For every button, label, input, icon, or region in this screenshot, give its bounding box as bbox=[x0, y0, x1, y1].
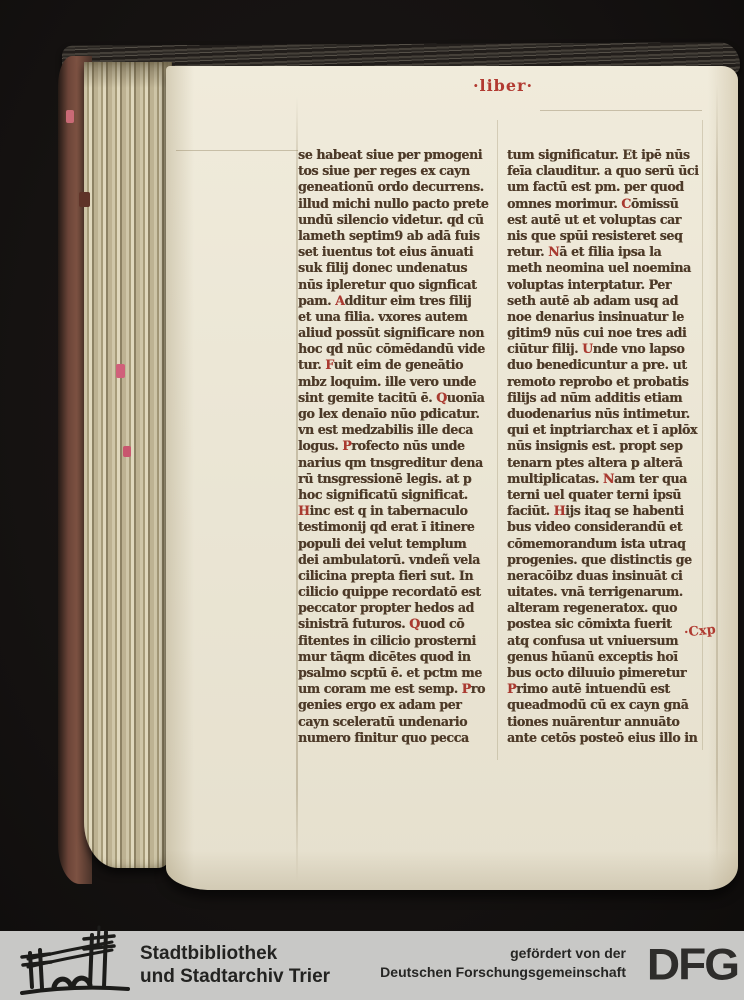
digitized-manuscript-scan: ·liber· se habeat siue per pmogenitos si… bbox=[0, 0, 744, 1000]
manuscript-text-line: nis que spūi resisteret seq bbox=[507, 228, 707, 244]
manuscript-text-line: voluptas interptatur. Per bbox=[507, 277, 707, 293]
manuscript-text-line: um factū est pm. per quod bbox=[507, 179, 707, 195]
manuscript-text-line: hoc significatū significat. bbox=[298, 487, 498, 503]
manuscript-text-line: sinistrā futuros. Quod cō bbox=[298, 616, 498, 632]
rubricated-initial: N bbox=[603, 471, 614, 486]
page-header-rubric: ·liber· bbox=[458, 76, 548, 95]
manuscript-text-line: qui et inptriarchax et ī aplōx bbox=[507, 422, 707, 438]
manuscript-text-line: meth neomina uel noemina bbox=[507, 260, 707, 276]
manuscript-text-line: set iuentus tot eius ānuati bbox=[298, 244, 498, 260]
manuscript-text-line: duodenarius nūs intimetur. bbox=[507, 406, 707, 422]
manuscript-text-line: tum significatur. Et ipē nūs bbox=[507, 147, 707, 163]
manuscript-text-line: geneationū ordo decurrens. bbox=[298, 179, 498, 195]
manuscript-text-line: aliud possūt significare non bbox=[298, 325, 498, 341]
bookmark-tab bbox=[123, 446, 131, 457]
manuscript-text-line: queadmodū cū ex cayn gnā bbox=[507, 697, 707, 713]
manuscript-text-line: faciūt. Hijs itaq se habenti bbox=[507, 503, 707, 519]
manuscript-text-line: suk filij donec undenatus bbox=[298, 260, 498, 276]
manuscript-text-line: rū tnsgressionē legis. at p bbox=[298, 471, 498, 487]
rubricated-initial: Q bbox=[436, 390, 447, 405]
manuscript-text-line: go lex denaīo nūo pdicatur. bbox=[298, 406, 498, 422]
text-column-left: se habeat siue per pmogenitos siue per r… bbox=[298, 147, 498, 746]
manuscript-text-line: terni uel quater terni ipsū bbox=[507, 487, 707, 503]
rubricated-initial: C bbox=[621, 196, 631, 211]
manuscript-text-line: se habeat siue per pmogeni bbox=[298, 147, 498, 163]
manuscript-text-line: omnes morimur. Cōmissū bbox=[507, 196, 707, 212]
manuscript-text-line: pam. Additur eim tres filij bbox=[298, 293, 498, 309]
manuscript-text-line: cilicina prepta fieri sut. In bbox=[298, 568, 498, 584]
manuscript-text-line: et una filia. vxores autem bbox=[298, 309, 498, 325]
manuscript-text-line: nūs insignis est. propt sep bbox=[507, 438, 707, 454]
manuscript-text-line: genies ergo ex adam per bbox=[298, 697, 498, 713]
rubricated-initial: P bbox=[342, 438, 351, 453]
manuscript-text-line: est autē ut et voluptas car bbox=[507, 212, 707, 228]
dfg-logo: DFG bbox=[632, 941, 738, 987]
manuscript-text-line: duo benedicuntur a pre. ut bbox=[507, 357, 707, 373]
ruling-line bbox=[540, 110, 702, 111]
rubricated-initial: U bbox=[582, 341, 593, 356]
manuscript-text-line: neracōibz duas insinuāt ci bbox=[507, 568, 707, 584]
manuscript-text-line: bus octo diluuio pimeretur bbox=[507, 665, 707, 681]
manuscript-text-line: tenarn ptes altera p alterā bbox=[507, 455, 707, 471]
manuscript-text-line: alteram regeneratox. quo bbox=[507, 600, 707, 616]
manuscript-text-line: logus. Profecto nūs unde bbox=[298, 438, 498, 454]
library-name-line1: Stadtbibliothek bbox=[140, 942, 330, 965]
manuscript-text-line: fitentes in cilicio prosterni bbox=[298, 633, 498, 649]
book-fore-edge-pages bbox=[84, 62, 172, 868]
manuscript-text-line: ciūtur filij. Unde vno lapso bbox=[507, 341, 707, 357]
manuscript-text-line: mur tāqm dicētes quod in bbox=[298, 649, 498, 665]
manuscript-text-line: numero finitur quo pecca bbox=[298, 730, 498, 746]
bookmark-tab bbox=[79, 192, 90, 207]
manuscript-text-line: filijs ad nūm additis etiam bbox=[507, 390, 707, 406]
rubricated-initial: N bbox=[548, 244, 559, 259]
rubricated-initial: Q bbox=[409, 616, 420, 631]
ruling-line bbox=[176, 150, 298, 151]
manuscript-text-line: retur. Nā et filia ipsa la bbox=[507, 244, 707, 260]
manuscript-text-line: populi dei velut templum bbox=[298, 536, 498, 552]
manuscript-text-line: cōmemorandum ista utraq bbox=[507, 536, 707, 552]
manuscript-text-line: multiplicatas. Nam ter qua bbox=[507, 471, 707, 487]
manuscript-text-line: dei ambulatorū. vndeñ vela bbox=[298, 552, 498, 568]
library-name-line2: und Stadtarchiv Trier bbox=[140, 965, 330, 988]
manuscript-text-line: Hinc est q in tabernaculo bbox=[298, 503, 498, 519]
manuscript-text-line: genus hūanū exceptis hoī bbox=[507, 649, 707, 665]
funding-credit-line1: gefördert von der bbox=[380, 944, 626, 963]
manuscript-text-line: narius qm tnsgreditur dena bbox=[298, 455, 498, 471]
porta-nigra-sketch-icon bbox=[14, 923, 136, 1000]
manuscript-text-line: gitim9 nūs cui noe tres adi bbox=[507, 325, 707, 341]
manuscript-text-line: hoc qd nūc cōmēdandū vide bbox=[298, 341, 498, 357]
rubricated-initial: H bbox=[554, 503, 566, 518]
manuscript-text-line: cayn sceleratū undenario bbox=[298, 714, 498, 730]
manuscript-text-line: sint gemite tacitū ē. Quonīa bbox=[298, 390, 498, 406]
manuscript-text-line: Primo autē intuendū est bbox=[507, 681, 707, 697]
manuscript-text-line: psalmo scptū ē. et pctm me bbox=[298, 665, 498, 681]
manuscript-text-line: seth autē ab adam usq ad bbox=[507, 293, 707, 309]
manuscript-text-line: remoto reprobo et probatis bbox=[507, 374, 707, 390]
manuscript-text-line: tur. Fuit eim de geneātio bbox=[298, 357, 498, 373]
manuscript-text-line: tiones nuārentur annuāto bbox=[507, 714, 707, 730]
manuscript-text-line: vn est medzabilis ille deca bbox=[298, 422, 498, 438]
manuscript-text-line: noe denarius insinuatur le bbox=[507, 309, 707, 325]
manuscript-text-line: nūs ipleretur quo signficat bbox=[298, 277, 498, 293]
manuscript-text-line: uitates. vnā terrigenarum. bbox=[507, 584, 707, 600]
manuscript-text-line: undū silencio videtur. qd cū bbox=[298, 212, 498, 228]
bookmark-tab bbox=[116, 364, 125, 378]
manuscript-text-line: mbz loquim. ille vero unde bbox=[298, 374, 498, 390]
manuscript-text-line: cilicio quippe recordatō est bbox=[298, 584, 498, 600]
manuscript-text-line: progenies. que distinctis ge bbox=[507, 552, 707, 568]
manuscript-text-line: feīa clauditur. a quo serū ūci bbox=[507, 163, 707, 179]
text-column-right: tum significatur. Et ipē nūsfeīa claudit… bbox=[507, 147, 707, 746]
manuscript-text-line: ante cetōs posteō eius illo in bbox=[507, 730, 707, 746]
manuscript-text-line: testimonij qd erat ī itinere bbox=[298, 519, 498, 535]
provenance-banner: Stadtbibliothek und Stadtarchiv Trier ge… bbox=[0, 931, 744, 1000]
manuscript-text-line: postea sic cōmixta fuerit bbox=[507, 616, 707, 632]
page-crease bbox=[716, 84, 718, 864]
manuscript-text-line: atq confusa ut vniuersum bbox=[507, 633, 707, 649]
manuscript-text-line: tos siue per reges ex cayn bbox=[298, 163, 498, 179]
rubricated-initial: P bbox=[462, 681, 471, 696]
funding-credit: gefördert von der Deutschen Forschungsge… bbox=[380, 944, 626, 982]
rubricated-initial: P bbox=[507, 681, 516, 696]
rubricated-initial: F bbox=[325, 357, 333, 372]
manuscript-text-line: peccator propter hedos ad bbox=[298, 600, 498, 616]
library-name: Stadtbibliothek und Stadtarchiv Trier bbox=[140, 942, 330, 988]
manuscript-text-line: um coram me est semp. Pro bbox=[298, 681, 498, 697]
manuscript-text-line: bus video considerandū et bbox=[507, 519, 707, 535]
manuscript-text-line: lameth septim9 ab adā fuis bbox=[298, 228, 498, 244]
rubricated-initial: A bbox=[335, 293, 344, 308]
rubricated-initial: H bbox=[298, 503, 310, 518]
manuscript-text-line: illud michi nullo pacto prete bbox=[298, 196, 498, 212]
bookmark-tab bbox=[66, 110, 74, 123]
funding-credit-line2: Deutschen Forschungsgemeinschaft bbox=[380, 963, 626, 982]
